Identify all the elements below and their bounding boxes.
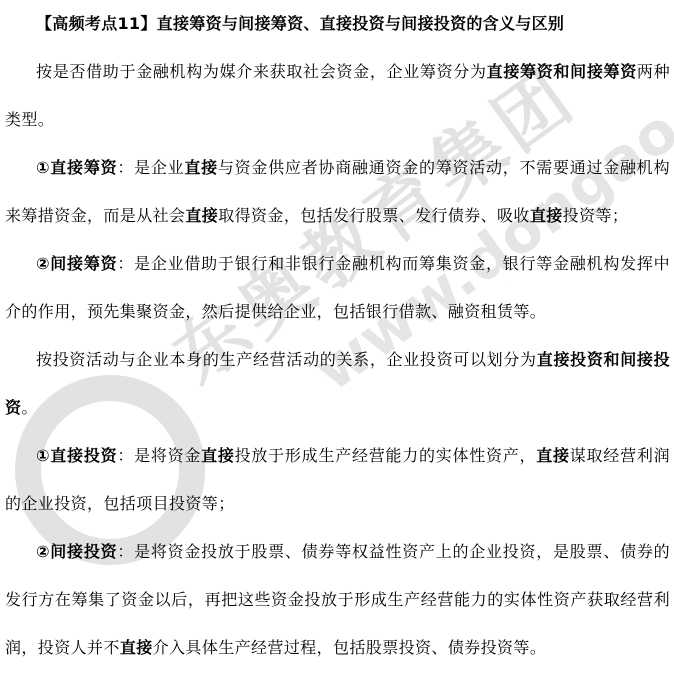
body-text: 按是否借助于金融机构为媒介来获取社会资金，企业筹资分为 — [36, 62, 487, 81]
key-term: 直接 — [120, 638, 153, 657]
document-content: 【高频考点11】直接筹资与间接筹资、直接投资与间接投资的含义与区别 按是否借助于… — [0, 0, 674, 672]
paragraph: ①直接投资：是将资金直接投放于形成生产经营能力的实体性资产，直接谋取经营利润的企… — [5, 432, 670, 528]
key-term: ①直接筹资 — [36, 158, 117, 177]
key-term: 直接 — [184, 158, 218, 177]
body-text: 按投资活动与企业本身的生产经营活动的关系，企业投资可以划分为 — [36, 350, 537, 369]
body-text: 投放于形成生产经营能力的实体性资产， — [235, 446, 537, 465]
key-term: 直接 — [185, 206, 218, 225]
paragraph: ①直接筹资：是企业直接与资金供应者协商融通资金的筹资活动，不需要通过金融机构来筹… — [5, 144, 670, 240]
key-term: 直接筹资和间接筹资 — [487, 62, 637, 81]
key-term: 直接 — [201, 446, 235, 465]
key-term: 直接 — [530, 206, 563, 225]
key-term: ②间接筹资 — [36, 254, 117, 273]
key-term: 直接 — [536, 446, 570, 465]
document-body: 按是否借助于金融机构为媒介来获取社会资金，企业筹资分为直接筹资和间接筹资两种类型… — [5, 48, 670, 672]
page-title: 【高频考点11】直接筹资与间接筹资、直接投资与间接投资的含义与区别 — [5, 0, 670, 48]
paragraph: ②间接筹资：是企业借助于银行和非银行金融机构而筹集资金，银行等金融机构发挥中介的… — [5, 240, 670, 336]
body-text: 投资等； — [563, 206, 629, 225]
document-page: 东奥教育集团 www.dongao.com 【高频考点11】直接筹资与间接筹资、… — [0, 0, 674, 674]
body-text: 。 — [21, 398, 37, 417]
body-text: ：是企业 — [117, 158, 184, 177]
key-term: ①直接投资 — [36, 446, 117, 465]
body-text: 取得资金，包括发行股票、发行债券、吸收 — [218, 206, 530, 225]
key-term: ②间接投资 — [36, 542, 117, 561]
paragraph: ②间接投资：是将资金投放于股票、债券等权益性资产上的企业投资，是股票、债券的发行… — [5, 528, 670, 672]
body-text: 介入具体生产经营过程，包括股票投资、债券投资等。 — [153, 638, 547, 657]
paragraph: 按是否借助于金融机构为媒介来获取社会资金，企业筹资分为直接筹资和间接筹资两种类型… — [5, 48, 670, 144]
paragraph: 按投资活动与企业本身的生产经营活动的关系，企业投资可以划分为直接投资和间接投资。 — [5, 336, 670, 432]
body-text: ：是将资金 — [117, 446, 201, 465]
